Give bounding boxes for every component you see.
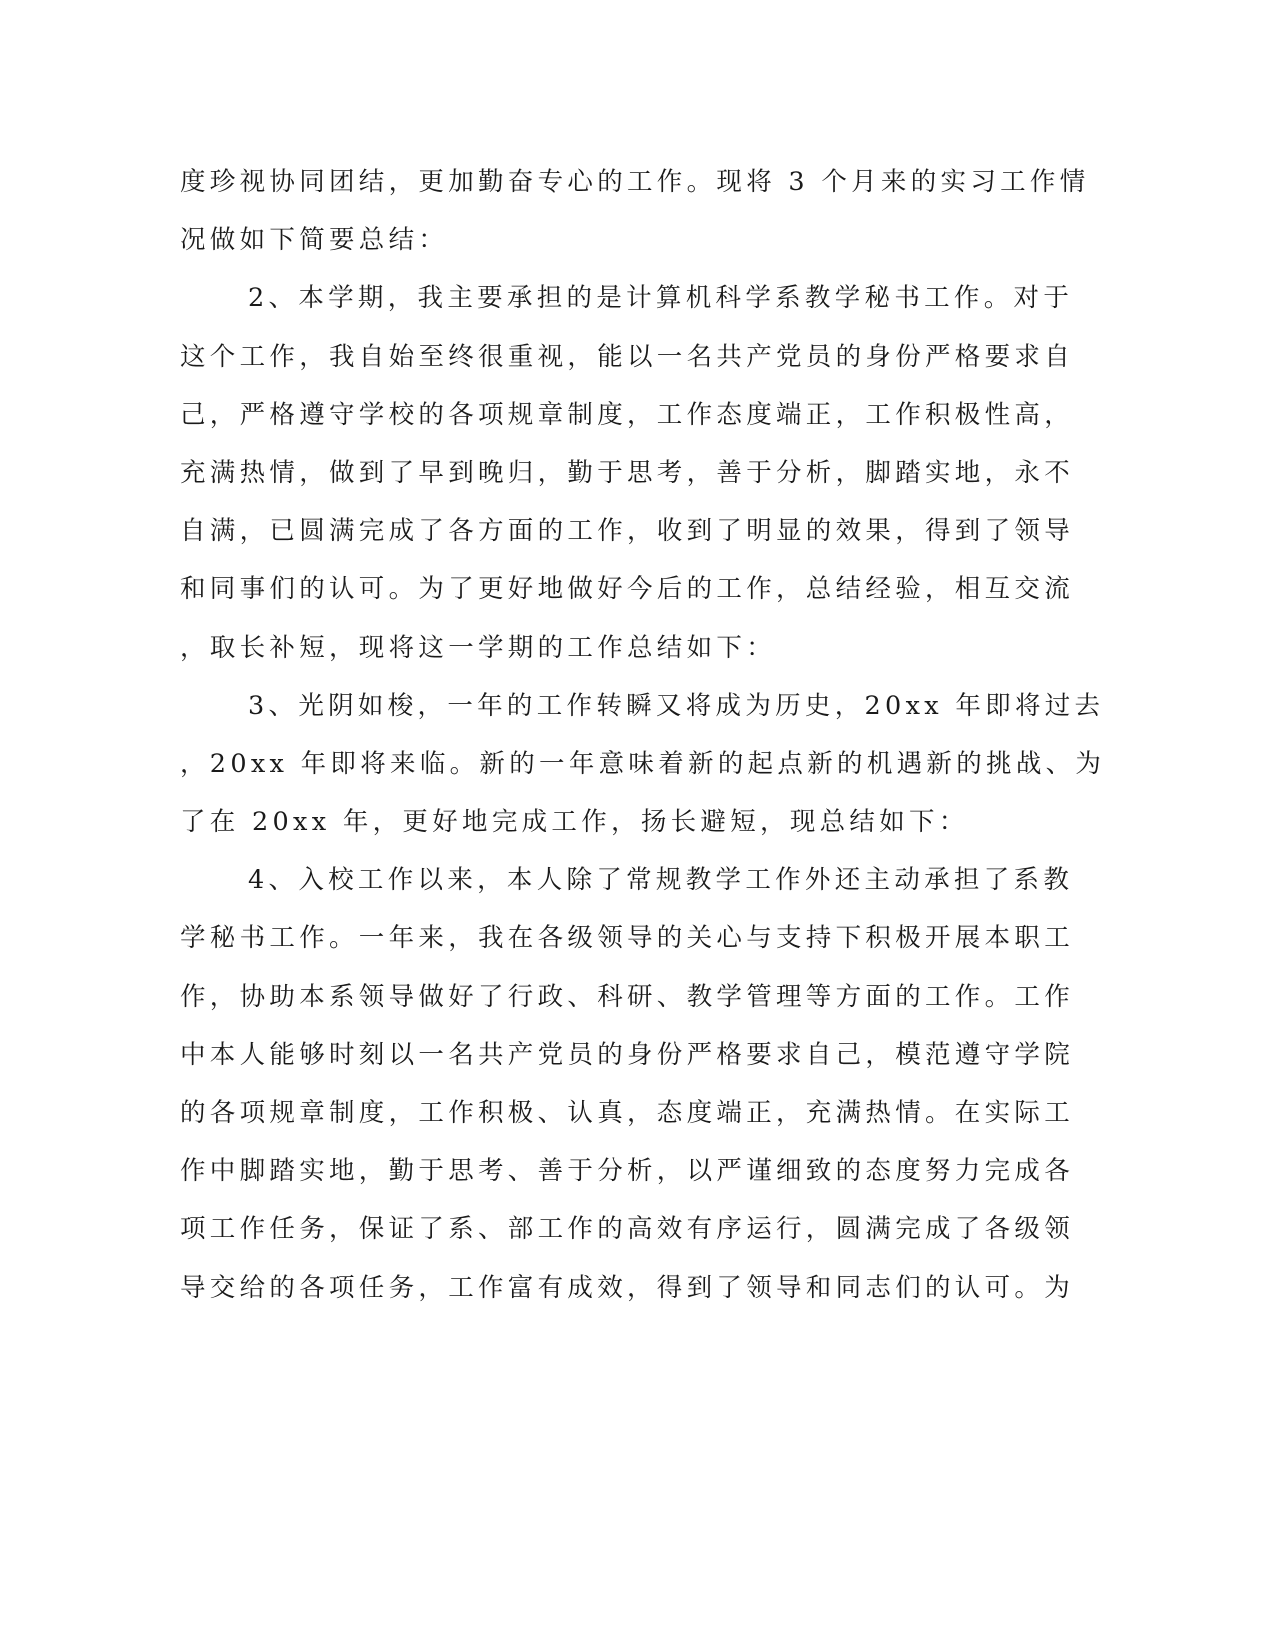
paragraph-2: 2、本学期，我主要承担的是计算机科学系教学秘书工作。对于 这个工作，我自始至终很… — [180, 276, 1020, 683]
text-line: 和同事们的认可。为了更好地做好今后的工作，总结经验，相互交流 — [180, 567, 1020, 625]
text-line: 了在 20xx 年，更好地完成工作，扬长避短，现总结如下： — [180, 800, 1020, 858]
text-line: 中本人能够时刻以一名共产党员的身份严格要求自己，模范遵守学院 — [180, 1033, 1020, 1091]
text-line-first: 2、本学期，我主要承担的是计算机科学系教学秘书工作。对于 — [180, 276, 1020, 334]
paragraph-4: 4、入校工作以来，本人除了常规教学工作外还主动承担了系教 学秘书工作。一年来，我… — [180, 858, 1020, 1324]
text-line: 导交给的各项任务，工作富有成效，得到了领导和同志们的认可。为 — [180, 1266, 1020, 1324]
text-line: 况做如下简要总结： — [180, 218, 1020, 276]
paragraph-3: 3、光阴如梭，一年的工作转瞬又将成为历史，20xx 年即将过去 ，20xx 年即… — [180, 684, 1020, 859]
text-line: ，20xx 年即将来临。新的一年意味着新的起点新的机遇新的挑战、为 — [180, 742, 1020, 800]
paragraph-1-continuation: 度珍视协同团结，更加勤奋专心的工作。现将 3 个月来的实习工作情 况做如下简要总… — [180, 160, 1020, 276]
text-line: 度珍视协同团结，更加勤奋专心的工作。现将 3 个月来的实习工作情 — [180, 160, 1020, 218]
document-page: 度珍视协同团结，更加勤奋专心的工作。现将 3 个月来的实习工作情 况做如下简要总… — [0, 0, 1275, 1650]
document-body: 度珍视协同团结，更加勤奋专心的工作。现将 3 个月来的实习工作情 况做如下简要总… — [180, 160, 1020, 1324]
text-line: 的各项规章制度，工作积极、认真，态度端正，充满热情。在实际工 — [180, 1091, 1020, 1149]
text-line: 充满热情，做到了早到晚归，勤于思考，善于分析，脚踏实地，永不 — [180, 451, 1020, 509]
text-line-first: 4、入校工作以来，本人除了常规教学工作外还主动承担了系教 — [180, 858, 1020, 916]
text-line: 自满，已圆满完成了各方面的工作，收到了明显的效果，得到了领导 — [180, 509, 1020, 567]
text-line: 己，严格遵守学校的各项规章制度，工作态度端正，工作积极性高， — [180, 393, 1020, 451]
text-line-first: 3、光阴如梭，一年的工作转瞬又将成为历史，20xx 年即将过去 — [180, 684, 1020, 742]
text-line: 这个工作，我自始至终很重视，能以一名共产党员的身份严格要求自 — [180, 335, 1020, 393]
text-line: ，取长补短，现将这一学期的工作总结如下： — [180, 626, 1020, 684]
text-line: 学秘书工作。一年来，我在各级领导的关心与支持下积极开展本职工 — [180, 916, 1020, 974]
text-line: 作，协助本系领导做好了行政、科研、教学管理等方面的工作。工作 — [180, 975, 1020, 1033]
text-line: 项工作任务，保证了系、部工作的高效有序运行，圆满完成了各级领 — [180, 1207, 1020, 1265]
text-line: 作中脚踏实地，勤于思考、善于分析，以严谨细致的态度努力完成各 — [180, 1149, 1020, 1207]
